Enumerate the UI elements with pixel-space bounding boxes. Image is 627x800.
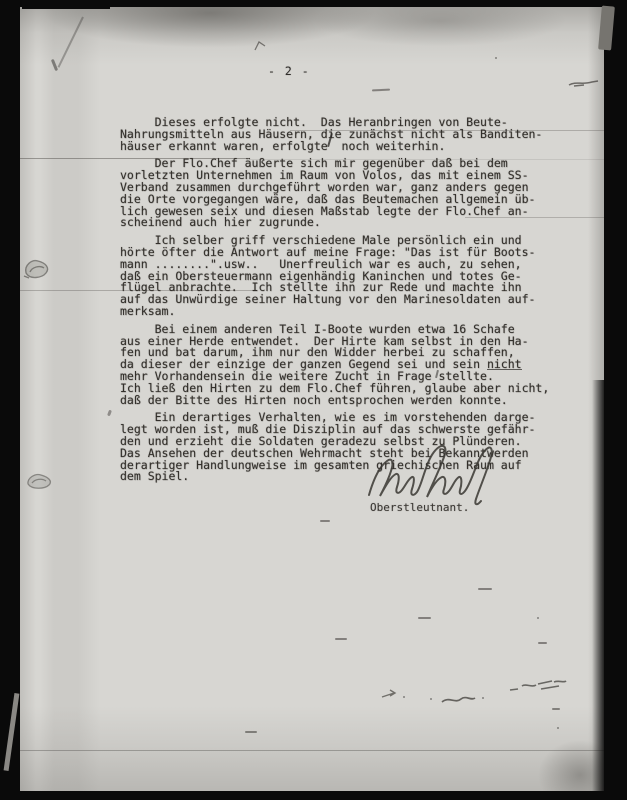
scan-frame-notch bbox=[22, 0, 110, 9]
corner-crease-line bbox=[58, 17, 84, 68]
document-body: Dieses erfolgte nicht. Das Heranbringen … bbox=[120, 117, 600, 489]
text-line: dem Spiel. bbox=[120, 471, 600, 483]
paragraph: Dieses erfolgte nicht. Das Heranbringen … bbox=[120, 117, 600, 152]
text-line: auf das Unwürdige seiner Haltung vor den… bbox=[120, 294, 600, 306]
signature-scrawl bbox=[363, 443, 503, 507]
pen-dash-mark bbox=[320, 520, 330, 522]
pen-dash-mark bbox=[335, 638, 347, 640]
pen-dash-mark bbox=[418, 617, 431, 619]
pen-dash-mark bbox=[478, 588, 492, 590]
pen-dash-mark bbox=[245, 731, 257, 733]
pen-dash-mark bbox=[552, 708, 560, 710]
document-page: - 2 - Dieses erfolgte nicht. Das Heranbr… bbox=[20, 7, 604, 791]
signature-rank-label: Oberstleutnant. bbox=[370, 501, 469, 514]
margin-doodle-icon bbox=[23, 471, 55, 491]
paper-edge-curl bbox=[598, 6, 615, 51]
pen-dash-mark bbox=[372, 89, 390, 92]
pen-comma-mark bbox=[107, 410, 112, 417]
margin-doodle-icon bbox=[22, 255, 52, 281]
paragraph: Bei einem anderen Teil I-Boote wurden et… bbox=[120, 324, 600, 407]
handwritten-slash-mark bbox=[329, 133, 331, 147]
paper-edge-sliver bbox=[4, 693, 20, 771]
paragraph: Ein derartiges Verhalten, wie es im vors… bbox=[120, 412, 600, 483]
paper-speck bbox=[537, 617, 539, 619]
text-line: häuser erkannt waren, erfolgte noch weit… bbox=[120, 141, 600, 153]
text-line: scheinend auch hier zugrunde. bbox=[120, 217, 600, 229]
pencil-squiggle-mark bbox=[441, 693, 477, 705]
text-line: daß der Bitte des Hirten noch entsproche… bbox=[120, 395, 600, 407]
right-edge-shadow bbox=[592, 380, 606, 791]
text-line: derartiger Handlungweise im gesamten gri… bbox=[120, 460, 600, 472]
fold-line bbox=[20, 750, 604, 751]
pencil-arrow-mark bbox=[381, 688, 399, 700]
text-line: merksam. bbox=[120, 306, 600, 318]
pen-check-mark bbox=[253, 39, 267, 52]
handwritten-insert-mark bbox=[436, 370, 438, 378]
paper-speck bbox=[403, 696, 405, 698]
pen-dash-mark bbox=[538, 642, 547, 644]
paragraph: Der Flo.Chef äußerte sich mir gegenüber … bbox=[120, 158, 600, 229]
paper-speck bbox=[430, 698, 432, 700]
paper-speck bbox=[495, 57, 497, 59]
scan-background: - 2 - Dieses erfolgte nicht. Das Heranbr… bbox=[0, 0, 627, 800]
paragraph: Ich selber griff verschiedene Male persö… bbox=[120, 235, 600, 318]
paper-speck bbox=[557, 727, 559, 729]
page-number: - 2 - bbox=[268, 64, 310, 78]
pencil-squiggle-mark bbox=[568, 78, 600, 88]
paper-speck bbox=[482, 697, 484, 699]
pencil-scribble-cluster bbox=[508, 678, 568, 696]
underline-mark-nicht bbox=[487, 369, 522, 370]
